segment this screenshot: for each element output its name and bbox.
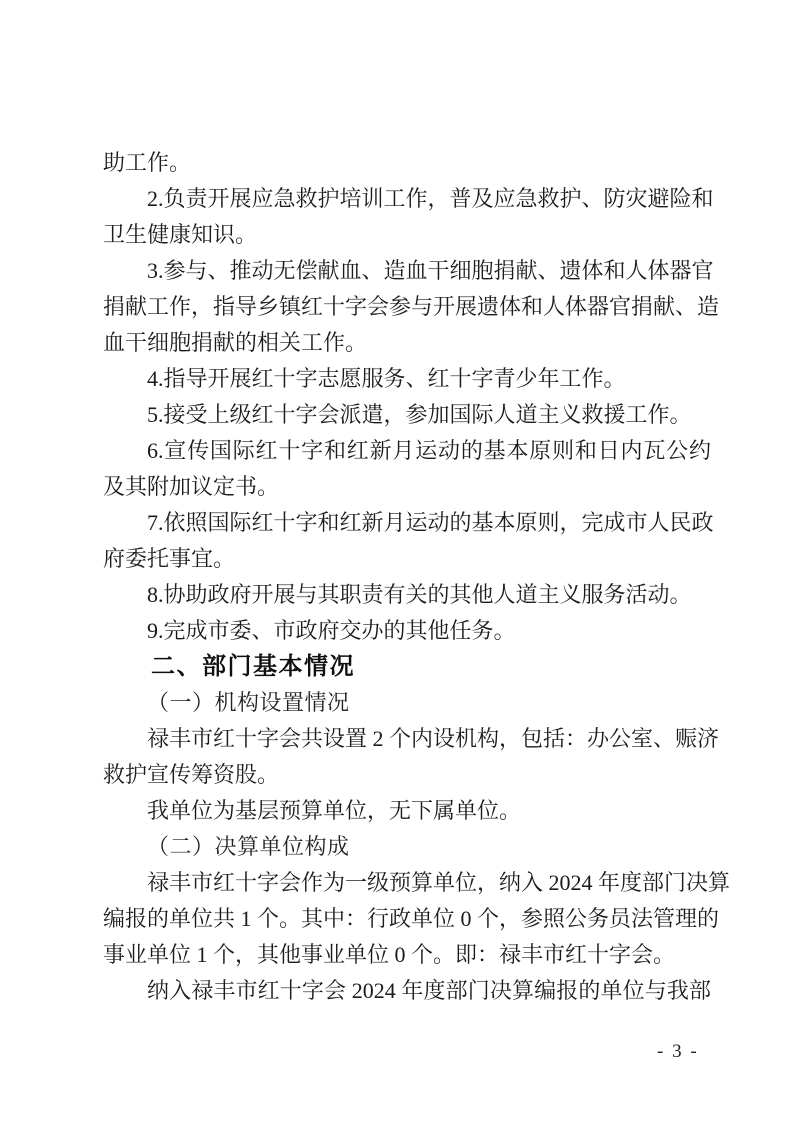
text-line: 9.完成市委、市政府交办的其他任务。 [103, 613, 711, 649]
subsection-heading: （二）决算单位构成 [103, 829, 711, 865]
subsection-heading: （一）机构设置情况 [103, 685, 711, 721]
text-line: 我单位为基层预算单位，无下属单位。 [103, 793, 711, 829]
text-line: 府委托事宜。 [103, 541, 711, 577]
document-text-block: 助工作。 2.负责开展应急救护培训工作，普及应急救护、防灾避险和 卫生健康知识。… [103, 145, 711, 1009]
page-number: - 3 - [657, 1041, 699, 1063]
text-line: 编报的单位共 1 个。其中：行政单位 0 个，参照公务员法管理的 [103, 901, 711, 937]
text-line: 禄丰市红十字会作为一级预算单位，纳入 2024 年度部门决算 [103, 865, 711, 901]
text-line: 及其附加议定书。 [103, 469, 711, 505]
text-line: 3.参与、推动无偿献血、造血干细胞捐献、遗体和人体器官 [103, 253, 711, 289]
text-line: 卫生健康知识。 [103, 217, 711, 253]
section-heading: 二、部门基本情况 [103, 649, 711, 685]
text-line: 助工作。 [103, 145, 711, 181]
text-line: 2.负责开展应急救护培训工作，普及应急救护、防灾避险和 [103, 181, 711, 217]
text-line: 5.接受上级红十字会派遣，参加国际人道主义救援工作。 [103, 397, 711, 433]
text-line: 8.协助政府开展与其职责有关的其他人道主义服务活动。 [103, 577, 711, 613]
text-line: 7.依照国际红十字和红新月运动的基本原则，完成市人民政 [103, 505, 711, 541]
text-line: 4.指导开展红十字志愿服务、红十字青少年工作。 [103, 361, 711, 397]
text-line: 血干细胞捐献的相关工作。 [103, 325, 711, 361]
text-line: 救护宣传筹资股。 [103, 757, 711, 793]
text-line: 6.宣传国际红十字和红新月运动的基本原则和日内瓦公约 [103, 433, 711, 469]
text-line: 纳入禄丰市红十字会 2024 年度部门决算编报的单位与我部 [103, 973, 711, 1009]
document-page: 助工作。 2.负责开展应急救护培训工作，普及应急救护、防灾避险和 卫生健康知识。… [0, 0, 793, 1122]
text-line: 禄丰市红十字会共设置 2 个内设机构，包括：办公室、赈济 [103, 721, 711, 757]
text-line: 事业单位 1 个，其他事业单位 0 个。即：禄丰市红十字会。 [103, 937, 711, 973]
text-line: 捐献工作，指导乡镇红十字会参与开展遗体和人体器官捐献、造 [103, 289, 711, 325]
